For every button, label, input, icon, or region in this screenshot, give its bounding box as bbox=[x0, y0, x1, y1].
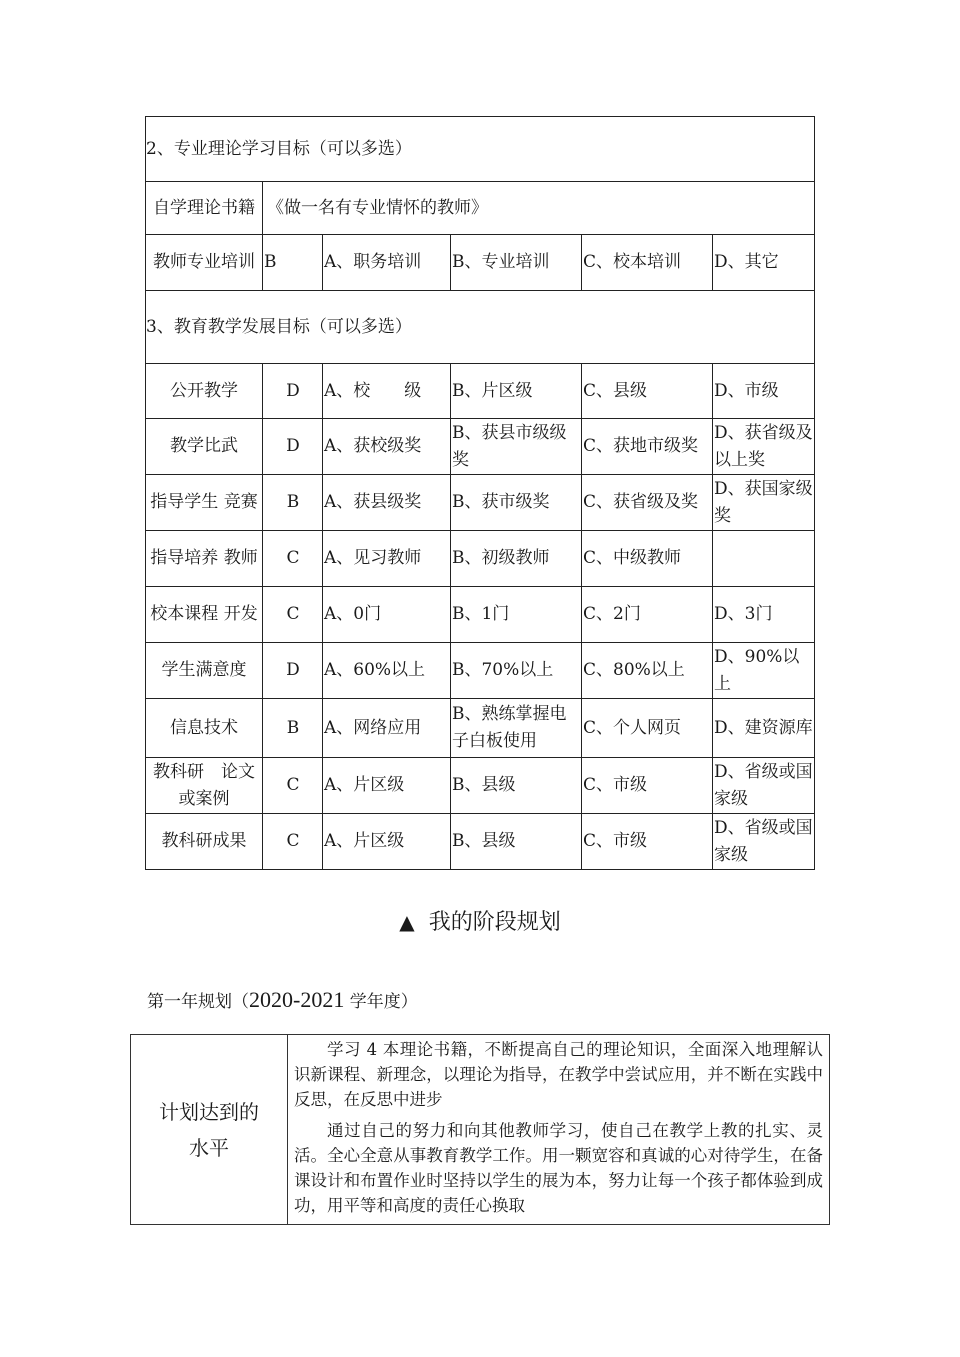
plan-level-content: 学习 4 本理论书籍，不断提高自己的理论知识，全面深入地理解认识新课程、新理念，… bbox=[288, 1035, 830, 1225]
selected-choice: B bbox=[263, 699, 323, 758]
row-label: 校本课程 开发 bbox=[146, 587, 263, 643]
selected-choice: D bbox=[263, 643, 323, 699]
option-a: A、0门 bbox=[323, 587, 451, 643]
option-b: B、初级教师 bbox=[451, 531, 582, 587]
option-d: D、获省级及以上奖 bbox=[713, 419, 815, 475]
stage-plan-title: 我的阶段规划 bbox=[429, 910, 561, 935]
option-d: D、市级 bbox=[713, 364, 815, 419]
option-d: D、省级或国家级 bbox=[713, 814, 815, 870]
year-heading-suffix: 学年度） bbox=[344, 992, 417, 1012]
option-b: B、专业培训 bbox=[451, 235, 582, 291]
option-c: C、2门 bbox=[582, 587, 713, 643]
selected-choice: B bbox=[263, 475, 323, 531]
section-2-title: 2、专业理论学习目标（可以多选） bbox=[146, 117, 815, 182]
option-a: A、60%以上 bbox=[323, 643, 451, 699]
row-label: 指导学生 竞赛 bbox=[146, 475, 263, 531]
option-d: D、90%以上 bbox=[713, 643, 815, 699]
option-d: D、建资源库 bbox=[713, 699, 815, 758]
selected-choice: C bbox=[263, 587, 323, 643]
book-title: 《做一名有专业情怀的教师》 bbox=[263, 182, 815, 235]
option-b: B、熟练掌握电子白板使用 bbox=[451, 699, 582, 758]
goals-table: 2、专业理论学习目标（可以多选） 自学理论书籍 《做一名有专业情怀的教师》 教师… bbox=[145, 116, 815, 870]
plan-level-label: 计划达到的水平 bbox=[131, 1035, 288, 1225]
option-c: C、获省级及奖 bbox=[582, 475, 713, 531]
row-label: 信息技术 bbox=[146, 699, 263, 758]
row-label: 教师专业培训 bbox=[146, 235, 263, 291]
option-b: B、县级 bbox=[451, 758, 582, 814]
selected-choice: D bbox=[263, 419, 323, 475]
row-label: 教科研 论文或案例 bbox=[146, 758, 263, 814]
table-row: 教学比武 D A、获校级奖 B、获县市级级奖 C、获地市级奖 D、获省级及以上奖 bbox=[146, 419, 815, 475]
table-row: 教师专业培训 B A、职务培训 B、专业培训 C、校本培训 D、其它 bbox=[146, 235, 815, 291]
option-a: A、获县级奖 bbox=[323, 475, 451, 531]
plan-table: 计划达到的水平 学习 4 本理论书籍，不断提高自己的理论知识，全面深入地理解认识… bbox=[130, 1034, 830, 1225]
plan-paragraph: 学习 4 本理论书籍，不断提高自己的理论知识，全面深入地理解认识新课程、新理念，… bbox=[294, 1037, 823, 1112]
plan-paragraph: 通过自己的努力和向其他教师学习，使自己在教学上教的扎实、灵活。全心全意从事教育教… bbox=[294, 1118, 823, 1218]
option-a: A、获校级奖 bbox=[323, 419, 451, 475]
row-label: 自学理论书籍 bbox=[146, 182, 263, 235]
table-row: 教科研 论文或案例 C A、片区级 B、县级 C、市级 D、省级或国家级 bbox=[146, 758, 815, 814]
option-b: B、1门 bbox=[451, 587, 582, 643]
year-heading-prefix: 第一年规划（ bbox=[147, 992, 249, 1012]
table-row: 教科研成果 C A、片区级 B、县级 C、市级 D、省级或国家级 bbox=[146, 814, 815, 870]
stage-plan-heading: ▲我的阶段规划 bbox=[0, 905, 960, 936]
table-row: 校本课程 开发 C A、0门 B、1门 C、2门 D、3门 bbox=[146, 587, 815, 643]
option-a: A、见习教师 bbox=[323, 531, 451, 587]
option-c: C、80%以上 bbox=[582, 643, 713, 699]
option-b: B、片区级 bbox=[451, 364, 582, 419]
table-row: 指导培养 教师 C A、见习教师 B、初级教师 C、中级教师 bbox=[146, 531, 815, 587]
row-label: 教学比武 bbox=[146, 419, 263, 475]
selected-choice: C bbox=[263, 758, 323, 814]
option-a: A、片区级 bbox=[323, 758, 451, 814]
option-b: B、获县市级级奖 bbox=[451, 419, 582, 475]
table-row: 自学理论书籍 《做一名有专业情怀的教师》 bbox=[146, 182, 815, 235]
row-label: 指导培养 教师 bbox=[146, 531, 263, 587]
row-label: 教科研成果 bbox=[146, 814, 263, 870]
option-b: B、县级 bbox=[451, 814, 582, 870]
option-a: A、片区级 bbox=[323, 814, 451, 870]
selected-choice: C bbox=[263, 531, 323, 587]
option-d: D、省级或国家级 bbox=[713, 758, 815, 814]
option-d: D、3门 bbox=[713, 587, 815, 643]
option-d bbox=[713, 531, 815, 587]
option-c: C、获地市级奖 bbox=[582, 419, 713, 475]
plan-level-label-text: 计划达到的水平 bbox=[159, 1094, 259, 1166]
option-c: C、市级 bbox=[582, 758, 713, 814]
row-label: 公开教学 bbox=[146, 364, 263, 419]
section-3-title: 3、教育教学发展目标（可以多选） bbox=[146, 291, 815, 364]
option-d: D、获国家级奖 bbox=[713, 475, 815, 531]
year-range: 2020-2021 bbox=[249, 987, 344, 1012]
option-c: C、县级 bbox=[582, 364, 713, 419]
option-c: C、中级教师 bbox=[582, 531, 713, 587]
row-label: 学生满意度 bbox=[146, 643, 263, 699]
option-c: C、个人网页 bbox=[582, 699, 713, 758]
option-d: D、其它 bbox=[713, 235, 815, 291]
selected-choice: C bbox=[263, 814, 323, 870]
option-a: A、网络应用 bbox=[323, 699, 451, 758]
table-row: 信息技术 B A、网络应用 B、熟练掌握电子白板使用 C、个人网页 D、建资源库 bbox=[146, 699, 815, 758]
year-plan-heading: 第一年规划（2020-2021 学年度） bbox=[147, 987, 418, 1013]
selected-choice: D bbox=[263, 364, 323, 419]
table-row: 指导学生 竞赛 B A、获县级奖 B、获市级奖 C、获省级及奖 D、获国家级奖 bbox=[146, 475, 815, 531]
table-row: 公开教学 D A、校 级 B、片区级 C、县级 D、市级 bbox=[146, 364, 815, 419]
option-c: C、校本培训 bbox=[582, 235, 713, 291]
option-a: A、职务培训 bbox=[323, 235, 451, 291]
selected-choice: B bbox=[263, 235, 323, 291]
triangle-icon: ▲ bbox=[399, 910, 414, 934]
option-b: B、70%以上 bbox=[451, 643, 582, 699]
option-c: C、市级 bbox=[582, 814, 713, 870]
table-row: 学生满意度 D A、60%以上 B、70%以上 C、80%以上 D、90%以上 bbox=[146, 643, 815, 699]
option-b: B、获市级奖 bbox=[451, 475, 582, 531]
option-a: A、校 级 bbox=[323, 364, 451, 419]
